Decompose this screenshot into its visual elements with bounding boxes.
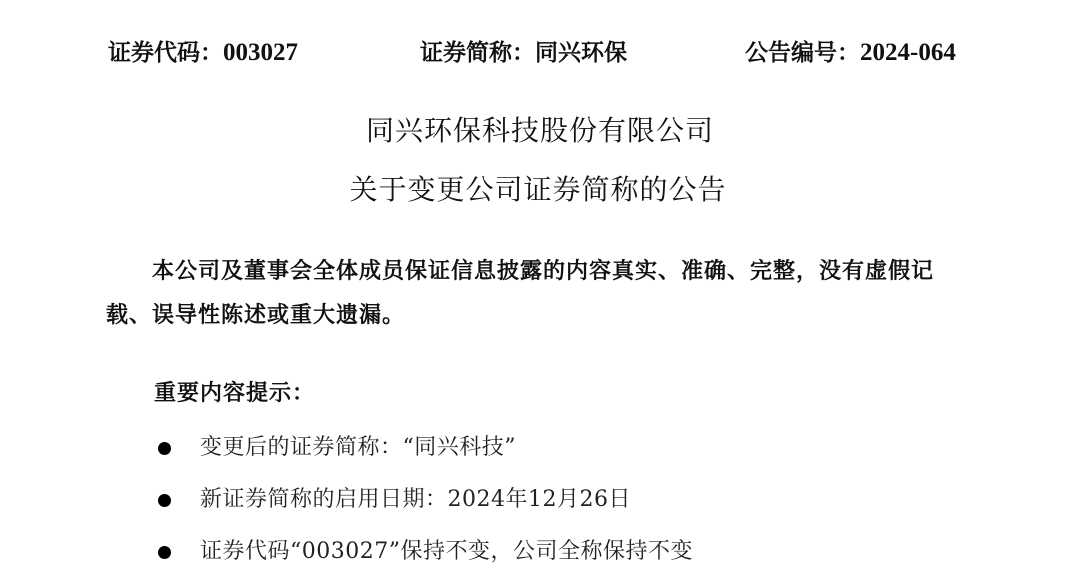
highlight-text: 新证券简称的启用日期：2024年12月26日 (200, 484, 631, 516)
notice-number: 公告编号：2024-064 (745, 38, 956, 68)
bullet-icon (158, 494, 171, 507)
notice-number-label: 公告编号： (745, 40, 860, 66)
list-item: 证券代码“003027”保持不变，公司全称保持不变 (154, 526, 693, 578)
announcement-title: 关于变更公司证券简称的公告 (0, 172, 1078, 208)
disclaimer-paragraph: 本公司及董事会全体成员保证信息披露的内容真实、准确、完整，没有虚假记载、误导性陈… (106, 250, 976, 338)
list-item: 新证券简称的启用日期：2024年12月26日 (154, 474, 693, 526)
security-abbr-label: 证券简称： (420, 40, 535, 66)
bullet-icon (158, 546, 171, 559)
highlight-text: 证券代码“003027”保持不变，公司全称保持不变 (200, 536, 693, 568)
company-title: 同兴环保科技股份有限公司 (0, 113, 1080, 149)
security-code: 证券代码：003027 (108, 38, 298, 68)
highlights-list: 变更后的证券简称：“同兴科技” 新证券简称的启用日期：2024年12月26日 证… (154, 422, 693, 578)
bullet-icon (158, 442, 171, 455)
security-code-label: 证券代码： (108, 40, 223, 66)
security-abbreviation: 证券简称：同兴环保 (420, 38, 627, 68)
highlights-heading: 重要内容提示： (154, 378, 315, 410)
security-abbr-value: 同兴环保 (535, 40, 627, 66)
list-item: 变更后的证券简称：“同兴科技” (154, 422, 693, 474)
notice-number-value: 2024-064 (860, 39, 956, 66)
highlight-text: 变更后的证券简称：“同兴科技” (200, 432, 516, 464)
security-code-value: 003027 (223, 39, 298, 66)
